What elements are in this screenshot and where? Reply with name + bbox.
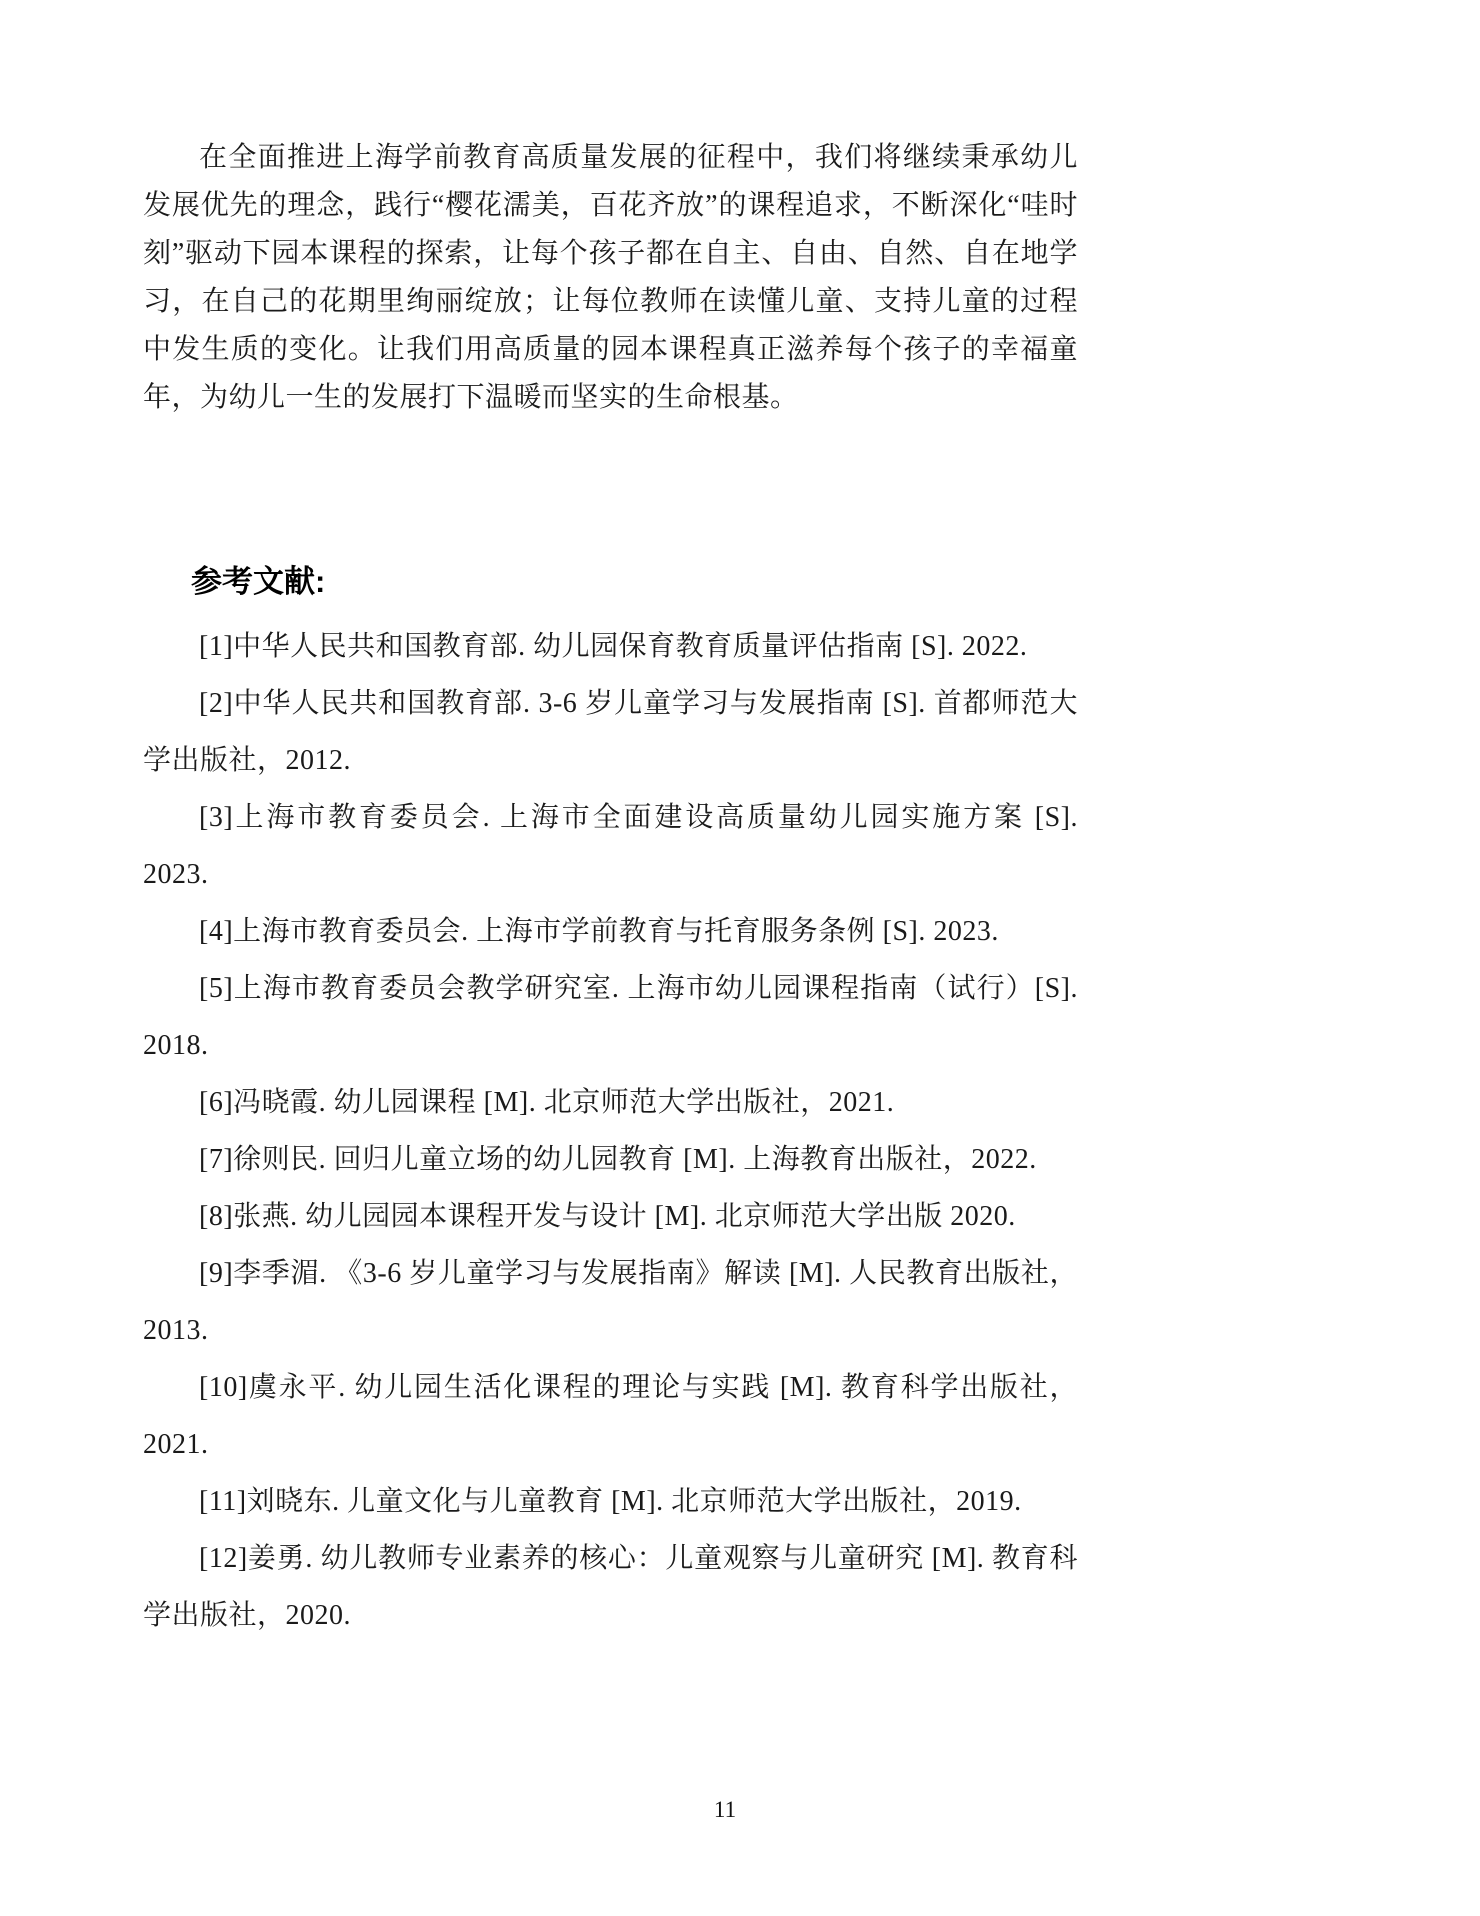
reference-item: [3]上海市教育委员会. 上海市全面建设高质量幼儿园实施方案 [S]. 2023… [143,789,1078,903]
reference-item: [1]中华人民共和国教育部. 幼儿园保育教育质量评估指南 [S]. 2022. [143,618,1078,675]
reference-item: [4]上海市教育委员会. 上海市学前教育与托育服务条例 [S]. 2023. [143,903,1078,960]
reference-item: [9]李季湄. 《3-6 岁儿童学习与发展指南》解读 [M]. 人民教育出版社，… [143,1245,1078,1359]
reference-item: [7]徐则民. 回归儿童立场的幼儿园教育 [M]. 上海教育出版社，2022. [143,1131,1078,1188]
page-number: 11 [0,1796,1450,1824]
reference-item: [2]中华人民共和国教育部. 3-6 岁儿童学习与发展指南 [S]. 首都师范大… [143,675,1078,789]
document-content: 在全面推进上海学前教育高质量发展的征程中，我们将继续秉承幼儿发展优先的理念，践行… [143,134,1078,1644]
reference-item: [10]虞永平. 幼儿园生活化课程的理论与实践 [M]. 教育科学出版社，202… [143,1359,1078,1473]
reference-item: [5]上海市教育委员会教学研究室. 上海市幼儿园课程指南（试行）[S]. 201… [143,960,1078,1074]
reference-item: [11]刘晓东. 儿童文化与儿童教育 [M]. 北京师范大学出版社，2019. [143,1473,1078,1530]
document-page: 在全面推进上海学前教育高质量发展的征程中，我们将继续秉承幼儿发展优先的理念，践行… [0,0,1480,1916]
reference-list: [1]中华人民共和国教育部. 幼儿园保育教育质量评估指南 [S]. 2022.[… [143,618,1078,1644]
reference-item: [6]冯晓霞. 幼儿园课程 [M]. 北京师范大学出版社，2021. [143,1074,1078,1131]
references-heading: 参考文献: [143,560,1078,604]
reference-item: [8]张燕. 幼儿园园本课程开发与设计 [M]. 北京师范大学出版 2020. [143,1188,1078,1245]
body-paragraph: 在全面推进上海学前教育高质量发展的征程中，我们将继续秉承幼儿发展优先的理念，践行… [143,134,1078,422]
reference-item: [12]姜勇. 幼儿教师专业素养的核心：儿童观察与儿童研究 [M]. 教育科学出… [143,1530,1078,1644]
